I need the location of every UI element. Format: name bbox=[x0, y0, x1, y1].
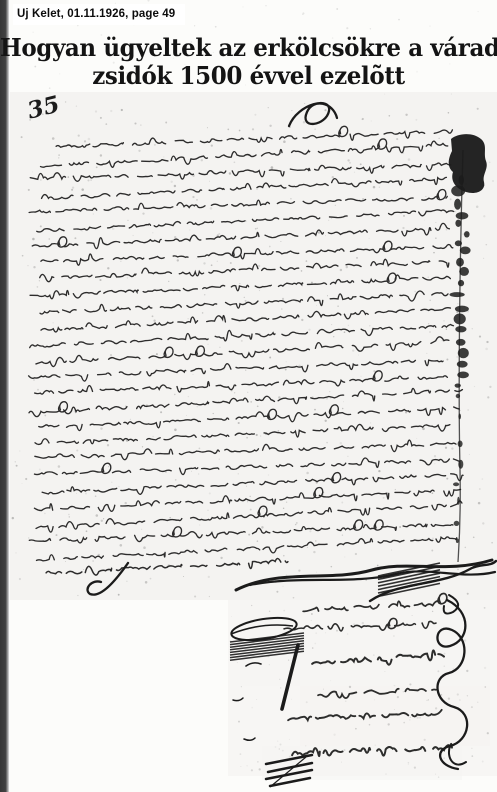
headline-line-2: zsidók 1500 évvel ezelõtt bbox=[0, 62, 497, 90]
source-caption: Uj Kelet, 01.11.1926, page 49 bbox=[13, 4, 185, 25]
article-headline: Hogyan ügyeltek az erkölcsökre a váradi … bbox=[0, 34, 497, 90]
archive-page: 35 Uj Kelet, 01.11.1926, page 49 Hogyan … bbox=[0, 0, 497, 792]
manuscript-scan: 35 bbox=[0, 0, 497, 792]
headline-line-1: Hogyan ügyeltek az erkölcsökre a váradi bbox=[0, 34, 497, 62]
